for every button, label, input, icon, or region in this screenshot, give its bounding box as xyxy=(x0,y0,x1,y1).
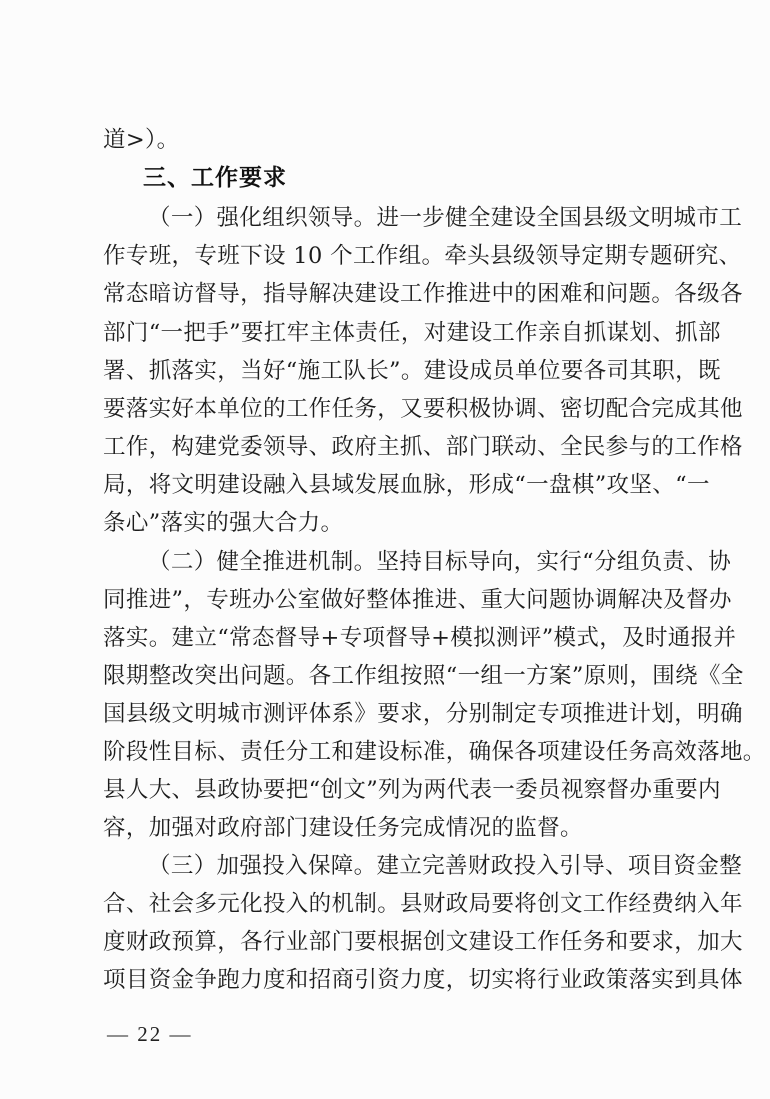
paragraph-line: 署、抓落实，当好“施工队长”。建设成员单位要各司其职，既 xyxy=(103,356,683,386)
paragraph-line: 容，加强对政府部门建设任务完成情况的监督。 xyxy=(103,813,683,843)
paragraph-line: 度财政预算，各行业部门要根据创文建设工作任务和要求，加大 xyxy=(103,927,683,957)
paragraph-line: （二）健全推进机制。坚持目标导向，实行“分组负责、协 xyxy=(148,547,728,577)
paragraph-line: 作专班，专班下设 10 个工作组。牵头县级领导定期专题研究、 xyxy=(103,241,683,271)
page-number: — 22 — xyxy=(107,1022,193,1047)
paragraph-line: 条心”落实的强大合力。 xyxy=(103,508,683,538)
paragraph-line: 局，将文明建设融入县域发展血脉，形成“一盘棋”攻坚、“一 xyxy=(103,470,683,500)
paragraph-line: 国县级文明城市测评体系》要求，分别制定专项推进计划，明确 xyxy=(103,699,683,729)
paragraph-line: 阶段性目标、责任分工和建设标准，确保各项建设任务高效落地。 xyxy=(103,737,683,767)
paragraph-line: 部门“一把手”要扛牢主体责任，对建设工作亲自抓谋划、抓部 xyxy=(103,318,683,348)
paragraph-line: 常态暗访督导，指导解决建设工作推进中的困难和问题。各级各 xyxy=(103,279,683,309)
paragraph-line: 县人大、县政协要把“创文”列为两代表一委员视察督办重要内 xyxy=(103,775,683,805)
paragraph-line: 同推进”，专班办公室做好整体推进、重大问题协调解决及督办 xyxy=(103,585,683,615)
carryover-line: 道>）。 xyxy=(103,125,683,155)
paragraph-line: 项目资金争跑力度和招商引资力度，切实将行业政策落实到具体 xyxy=(103,965,683,995)
paragraph-line: （一）强化组织领导。进一步健全建设全国县级文明城市工 xyxy=(148,203,728,233)
paragraph-line: 限期整改突出问题。各工作组按照“一组一方案”原则，围绕《全 xyxy=(103,661,683,691)
paragraph-line: 要落实好本单位的工作任务，又要积极协调、密切配合完成其他 xyxy=(103,394,683,424)
paragraph-line: （三）加强投入保障。建立完善财政投入引导、项目资金整 xyxy=(148,851,728,881)
document-page: 道>）。 三、工作要求 （一）强化组织领导。进一步健全建设全国县级文明城市工 作… xyxy=(0,0,770,1099)
paragraph-line: 合、社会多元化投入的机制。县财政局要将创文工作经费纳入年 xyxy=(103,889,683,919)
paragraph-line: 落实。建立“常态督导+专项督导+模拟测评”模式，及时通报并 xyxy=(103,623,683,653)
section-heading: 三、工作要求 xyxy=(143,163,287,193)
paragraph-line: 工作，构建党委领导、政府主抓、部门联动、全民参与的工作格 xyxy=(103,432,683,462)
